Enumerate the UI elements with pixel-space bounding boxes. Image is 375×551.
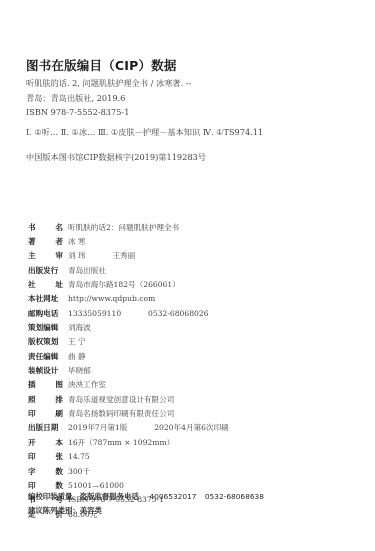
cip-classification-line: Ⅰ. ①听… Ⅱ. ①冰… Ⅲ. ①皮肤－护理－基本知识 Ⅳ. ①TS974.1… [26,127,263,138]
label-char: 审 [55,250,63,261]
edition: 2019年7月第1版 [68,423,127,432]
label-char: 印 [28,408,36,419]
service-phone-1: 4006532017 [149,492,196,501]
info-label: 邮购电话 [28,308,63,319]
cip-isbn-line: ISBN 978-7-5552-8375-1 [26,107,129,117]
label-char: 张 [55,451,63,462]
info-value: 青岛乐道视觉创意设计有限公司 [68,394,174,405]
label-char: 社 [28,279,36,290]
info-row-sheets: 印 张 14.75 [28,450,229,464]
info-row-illustration: 插 图 泱泱工作室 [28,378,229,392]
label-char: 字 [28,466,36,477]
service-numbers: 4006532017 0532-68068638 [149,492,263,501]
info-row-reviewer: 主 审 刘 玮 王秀丽 [28,249,229,263]
info-value: 14.75 [68,452,90,461]
info-label: 策划编辑 [28,322,63,333]
label-char: 排 [55,394,63,405]
info-row-mail-order-phone: 邮购电话 13335059110 0532-68068026 [28,306,229,320]
info-label: 出版发行 [28,265,63,276]
info-label: 主 审 [28,250,63,261]
cip-title: 图书在版编目（CIP）数据 [26,56,177,74]
info-row-publisher: 出版发行 青岛出版社 [28,263,229,277]
info-label: 开 本 [28,437,63,448]
info-label: 出版日期 [28,422,63,433]
info-value: 300千 [68,466,90,477]
reviewer-1: 刘 玮 [68,251,86,260]
label-char: 书 [28,222,36,233]
label-char: 开 [28,437,36,448]
info-label: 责任编辑 [28,351,63,362]
label-char: 主 [28,250,36,261]
cip-publisher-line: 青岛：青岛出版社, 2019.6 [26,93,125,104]
info-value: 16开（787mm × 1092mm） [68,437,174,448]
info-row-book-title: 书 名 听肌肤的话2：问题肌肤护理全书 [28,220,229,234]
info-row-format: 开 本 16开（787mm × 1092mm） [28,435,229,449]
website-link: http://www.qdpub.com [68,294,155,303]
info-row-planning-editor: 策划编辑 刘海波 [28,320,229,334]
info-row-publish-date: 出版日期 2019年7月第1版 2020年4月第6次印刷 [28,421,229,435]
label-char: 著 [28,236,36,247]
info-value: 王 宁 [68,336,86,347]
info-label: 字 数 [28,466,63,477]
info-label: 本社网址 [28,293,63,304]
info-value: 毕晓郁 [68,365,91,376]
label-char: 数 [55,466,63,477]
info-value: 泱泱工作室 [68,379,106,390]
label-char: 印 [28,480,36,491]
label-char: 名 [55,222,63,233]
copyright-page: 图书在版编目（CIP）数据 听肌肤的话. 2, 问题肌肤护理全书 / 冰寒著. … [0,0,375,551]
info-row-website: 本社网址 http://www.qdpub.com [28,292,229,306]
info-row-copyright-planner: 版权策划 王 宁 [28,335,229,349]
publication-info-table: 书 名 听肌肤的话2：问题肌肤护理全书 著 者 冰 寒 主 审 刘 玮 王秀丽 [28,220,229,521]
info-value: 青岛名扬数码印刷有限责任公司 [68,408,174,419]
service-phone-2: 0532-68068638 [205,492,264,501]
info-row-address: 社 址 青岛市海尔路182号（266061） [28,277,229,291]
info-label: 著 者 [28,236,63,247]
info-label: 照 排 [28,394,63,405]
info-row-author: 著 者 冰 寒 [28,234,229,248]
info-value: 刘 玮 王秀丽 [68,250,135,261]
info-value: 刘海波 [68,322,91,333]
display-category: 建议陈列类别：美容类 [28,505,102,516]
info-value: 听肌肤的话2：问题肌肤护理全书 [68,222,179,233]
info-label: 插 图 [28,379,63,390]
label-char: 刷 [55,408,63,419]
label-char: 印 [28,451,36,462]
info-row-typesetting: 照 排 青岛乐道视觉创意设计有限公司 [28,392,229,406]
info-value: 青岛市海尔路182号（266061） [68,279,180,290]
phone-1: 13335059110 [68,309,121,318]
phone-2: 0532-68068026 [148,309,209,318]
info-value: 51001—61000 [68,481,124,490]
info-label: 版权策划 [28,336,63,347]
info-label: 印 数 [28,480,63,491]
printing: 2020年4月第6次印刷 [154,423,229,432]
label-char: 图 [55,379,63,390]
info-value: 青岛出版社 [68,265,106,276]
info-value: 曲 静 [68,351,86,362]
label-char: 者 [55,236,63,247]
cip-book-title-line: 听肌肤的话. 2, 问题肌肤护理全书 / 冰寒著. -- [26,78,191,89]
info-label: 印 张 [28,451,63,462]
reviewer-2: 王秀丽 [112,251,135,260]
label-char: 数 [55,480,63,491]
info-value: 冰 寒 [68,236,86,247]
info-value: 2019年7月第1版 2020年4月第6次印刷 [68,422,229,433]
info-value: 13335059110 0532-68068026 [68,309,209,318]
label-char: 本 [55,437,63,448]
label-char: 照 [28,394,36,405]
info-row-responsible-editor: 责任编辑 曲 静 [28,349,229,363]
info-label: 装帧设计 [28,365,63,376]
label-char: 址 [55,279,63,290]
info-row-binding-design: 装帧设计 毕晓郁 [28,363,229,377]
info-label: 印 刷 [28,408,63,419]
info-label: 社 址 [28,279,63,290]
info-row-printing: 印 刷 青岛名扬数码印刷有限责任公司 [28,406,229,420]
info-label: 书 名 [28,222,63,233]
service-hotline: 编校印装质量、盗版监督服务电话 4006532017 0532-68068638 [28,491,264,502]
label-char: 插 [28,379,36,390]
cip-record-number: 中国版本图书馆CIP数据核字(2019)第119283号 [26,152,206,163]
info-row-word-count: 字 数 300千 [28,464,229,478]
service-label: 编校印装质量、盗版监督服务电话 [28,492,139,501]
